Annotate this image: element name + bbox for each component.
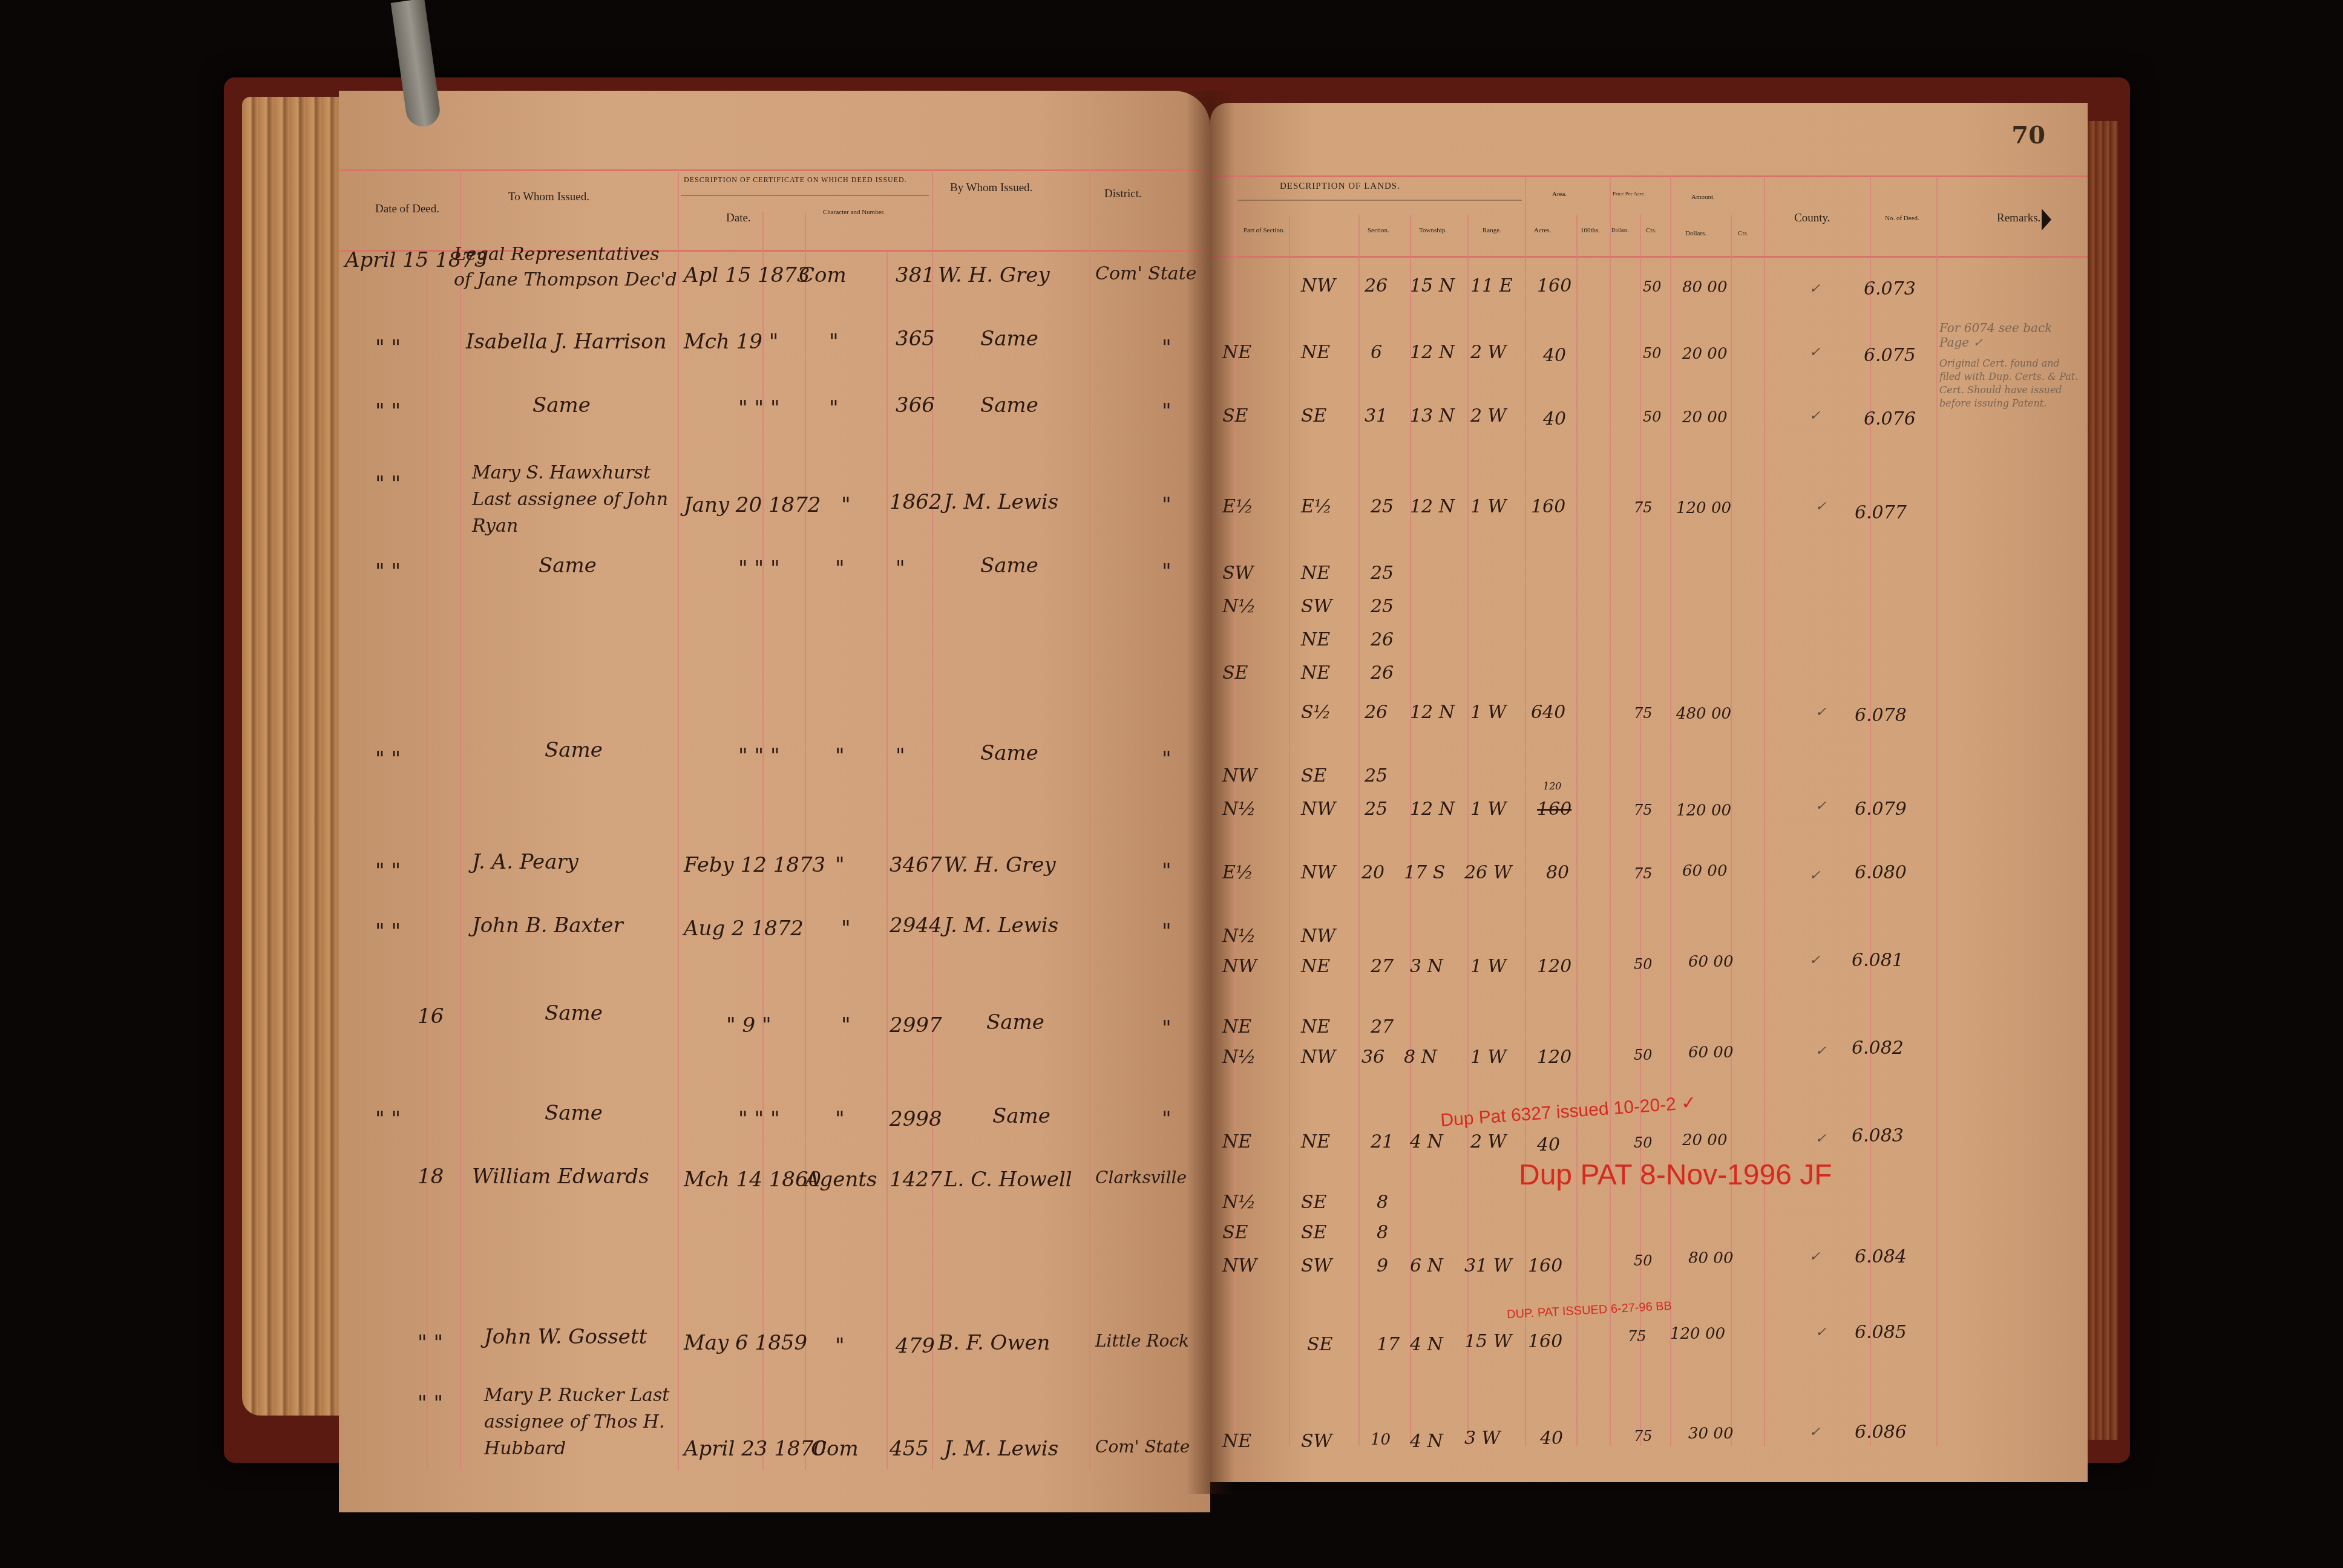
header-character-number: Character and Number. bbox=[823, 209, 885, 216]
cell-to-whom: J. A. Peary bbox=[472, 850, 578, 874]
cell-range: 1 W bbox=[1470, 702, 1506, 723]
cell-character: " bbox=[835, 853, 845, 877]
cell-price-cts: 75 bbox=[1634, 865, 1653, 882]
header-certificate-group: Description of Certificate on which Deed… bbox=[684, 175, 907, 185]
rule-line bbox=[678, 169, 679, 1470]
cell-section: 8 bbox=[1377, 1192, 1388, 1213]
cell-amount: 20 00 bbox=[1682, 345, 1727, 363]
county-check-icon: ✓ bbox=[1809, 953, 1820, 968]
cell-number: " bbox=[896, 557, 905, 581]
cell-price-cts: 50 bbox=[1643, 345, 1662, 362]
cell-quarter: NW bbox=[1301, 926, 1335, 947]
red-annotation-dup-pat: Dup PAT 8-Nov-1996 JF bbox=[1519, 1158, 1832, 1192]
cell-quarter: NE bbox=[1301, 1016, 1330, 1037]
rule-line bbox=[427, 251, 428, 1470]
cell-township: 4 N bbox=[1410, 1131, 1443, 1152]
cell-by-whom: J. M. Lewis bbox=[944, 490, 1058, 514]
cell-township: 12 N bbox=[1410, 702, 1455, 723]
cell-district: " bbox=[1162, 560, 1171, 584]
cell-quarter: SE bbox=[1307, 1334, 1332, 1355]
county-check-icon: ✓ bbox=[1815, 705, 1826, 720]
cell-section: 25 bbox=[1371, 563, 1394, 584]
cell-character: " bbox=[841, 1013, 851, 1037]
cell-range: 31 W bbox=[1464, 1255, 1512, 1276]
cell-amount: 20 00 bbox=[1682, 408, 1727, 426]
cell-to-whom: Isabella J. Harrison bbox=[466, 330, 667, 354]
cell-section: 26 bbox=[1371, 629, 1394, 650]
header-section: Section. bbox=[1368, 227, 1389, 234]
cell-cert-date: Mch 14 1860 bbox=[684, 1168, 821, 1192]
cell-deed-no: 6.077 bbox=[1855, 502, 1907, 523]
cell-amount: 120 00 bbox=[1670, 1325, 1725, 1343]
cell-amount: 30 00 bbox=[1688, 1425, 1733, 1443]
cell-section: 27 bbox=[1371, 956, 1394, 977]
cell-township: 3 N bbox=[1410, 956, 1443, 977]
cell-amount: 480 00 bbox=[1676, 705, 1731, 723]
cell-deed-no: 6.078 bbox=[1855, 705, 1907, 726]
cell-character: " bbox=[841, 916, 851, 941]
rule-line bbox=[932, 169, 933, 1470]
cell-deed-no: 6.086 bbox=[1855, 1422, 1907, 1443]
cell-number: 1862 bbox=[890, 490, 942, 514]
cell-quarter: NW bbox=[1301, 275, 1335, 296]
cell-township: 13 N bbox=[1410, 405, 1455, 426]
cell-number: 381 bbox=[896, 263, 935, 287]
cell-deed-no: 6.085 bbox=[1855, 1322, 1907, 1343]
cell-date-of-deed: " " bbox=[375, 747, 401, 771]
cell-range: 26 W bbox=[1464, 862, 1512, 883]
cell-cert-date: Aug 2 1872 bbox=[684, 916, 804, 941]
header-date-of-deed: Date of Deed. bbox=[375, 203, 439, 216]
cell-township: 12 N bbox=[1410, 496, 1455, 517]
cell-township: 8 N bbox=[1404, 1047, 1437, 1068]
rule-line bbox=[460, 169, 461, 1470]
cell-number: 366 bbox=[896, 393, 935, 417]
rule-line bbox=[1936, 175, 1938, 1446]
rule-line bbox=[1525, 175, 1526, 1446]
cell-quarter: NE bbox=[1301, 956, 1330, 977]
cell-number: 365 bbox=[896, 327, 935, 351]
cell-price-cts: 75 bbox=[1634, 499, 1653, 516]
header-price-per-acre: Price Per Acre. bbox=[1613, 191, 1645, 197]
cell-to-whom: John B. Baxter bbox=[472, 913, 623, 938]
cell-cert-date: " " " bbox=[738, 1107, 780, 1131]
county-check-icon: ✓ bbox=[1809, 868, 1820, 883]
cell-quarter: S½ bbox=[1301, 702, 1331, 723]
header-description-of-lands: DESCRIPTION OF LANDS. bbox=[1280, 181, 1400, 192]
cell-date-of-deed: " " bbox=[418, 1331, 443, 1355]
cell-amount: 80 00 bbox=[1688, 1249, 1733, 1267]
cell-date-of-deed: " " bbox=[375, 859, 401, 883]
cell-cert-date: Apl 15 1873 bbox=[684, 263, 810, 287]
cell-district: " bbox=[1162, 493, 1171, 517]
cell-price-cts: 50 bbox=[1634, 1047, 1653, 1063]
cell-character: " bbox=[829, 396, 839, 420]
cell-date-of-deed: " " bbox=[375, 399, 401, 423]
cell-acres-correction: 120 bbox=[1543, 780, 1562, 792]
cell-section: 25 bbox=[1365, 799, 1388, 820]
cell-to-whom: Same bbox=[545, 1001, 603, 1025]
cell-acres: 40 bbox=[1537, 1134, 1560, 1155]
cell-quarter: NW bbox=[1301, 862, 1335, 883]
rule-line bbox=[1610, 175, 1611, 1446]
cell-cert-date: Mch 19 " bbox=[684, 330, 778, 354]
cell-amount: 60 00 bbox=[1688, 953, 1733, 971]
cell-price-cts: 75 bbox=[1634, 1428, 1653, 1445]
cell-section: 25 bbox=[1371, 596, 1394, 617]
cell-section: 10 bbox=[1371, 1431, 1391, 1449]
left-page: Date of Deed. To Whom Issued. Descriptio… bbox=[339, 91, 1210, 1512]
cell-section: 25 bbox=[1371, 496, 1394, 517]
cell-quarter: SE bbox=[1301, 405, 1326, 426]
cell-character: " bbox=[829, 330, 839, 354]
cell-range: 11 E bbox=[1470, 275, 1513, 296]
cell-price-cts: 50 bbox=[1643, 408, 1662, 425]
cell-township: 17 S bbox=[1404, 862, 1445, 883]
cell-township: 6 N bbox=[1410, 1255, 1443, 1276]
cell-district: Com' State bbox=[1095, 263, 1197, 284]
cell-acres: 160 bbox=[1531, 496, 1565, 517]
county-check-icon: ✓ bbox=[1815, 1325, 1826, 1340]
cell-amount: 80 00 bbox=[1682, 278, 1727, 296]
cell-number: 455 bbox=[890, 1437, 929, 1461]
cell-by-whom: W. H. Grey bbox=[938, 263, 1050, 287]
cell-quarter: NE bbox=[1301, 1131, 1330, 1152]
cell-number: 2997 bbox=[890, 1013, 942, 1037]
cell-quarter: NE bbox=[1301, 662, 1330, 684]
cell-number: 3467 bbox=[890, 853, 942, 877]
cell-range: 2 W bbox=[1470, 1131, 1506, 1152]
cell-deed-no: 6.075 bbox=[1864, 345, 1916, 366]
header-district: District. bbox=[1104, 188, 1142, 201]
cell-price-cts: 50 bbox=[1643, 278, 1662, 295]
cell-date-of-deed: " " bbox=[375, 336, 401, 360]
cell-section: 20 bbox=[1362, 862, 1384, 883]
cell-deed-no: 6.073 bbox=[1864, 278, 1916, 299]
cell-acres: 160 bbox=[1537, 799, 1571, 820]
cell-deed-no: 6.083 bbox=[1852, 1125, 1904, 1146]
county-check-icon: ✓ bbox=[1815, 1044, 1826, 1059]
cell-character: Agents bbox=[805, 1168, 877, 1192]
cell-date-of-deed: 18 bbox=[418, 1165, 444, 1189]
cell-to-whom: Same bbox=[539, 554, 597, 578]
cell-range: 2 W bbox=[1470, 405, 1506, 426]
header-amt-cts: Cts. bbox=[1738, 230, 1748, 237]
cell-to-whom: Mary S. Hawxhurst Last assignee of John … bbox=[472, 460, 678, 540]
cell-cert-date: " " " bbox=[738, 396, 780, 420]
cell-number: 479 bbox=[896, 1334, 935, 1358]
cell-section: 31 bbox=[1365, 405, 1388, 426]
rule-line bbox=[1358, 215, 1360, 1446]
county-check-icon: ✓ bbox=[1809, 1425, 1820, 1440]
cell-range: 3 W bbox=[1464, 1428, 1500, 1449]
cell-quarter: SW bbox=[1301, 1431, 1332, 1452]
cell-district: " bbox=[1162, 336, 1171, 360]
cell-character: " bbox=[841, 493, 851, 517]
cell-quarter: SE bbox=[1301, 765, 1326, 786]
header-cert-date: Date. bbox=[726, 212, 751, 225]
remarks-pencil-note: Original Cert. found and filed with Dup.… bbox=[1939, 357, 2079, 410]
county-check-icon: ✓ bbox=[1809, 281, 1820, 296]
cell-range: 1 W bbox=[1470, 496, 1506, 517]
cell-number: " bbox=[896, 744, 905, 768]
cell-character: Com bbox=[811, 1437, 859, 1461]
cell-by-whom: L. C. Howell bbox=[944, 1168, 1072, 1192]
cell-section: 26 bbox=[1371, 662, 1394, 684]
cell-quarter: SW bbox=[1301, 596, 1332, 617]
cell-cert-date: Feby 12 1873 bbox=[684, 853, 825, 877]
index-tab-marker bbox=[2042, 209, 2051, 230]
cell-date-of-deed: " " bbox=[418, 1391, 443, 1416]
cell-district: Clarksville bbox=[1095, 1168, 1187, 1187]
cell-cert-date: Jany 20 1872 bbox=[684, 493, 821, 517]
cell-section: 17 bbox=[1377, 1334, 1400, 1355]
header-by-whom-issued: By Whom Issued. bbox=[950, 181, 1032, 195]
cell-amount: 120 00 bbox=[1676, 499, 1731, 517]
cell-amount: 60 00 bbox=[1688, 1044, 1733, 1062]
cell-quarter: SW bbox=[1301, 1255, 1332, 1276]
cell-quarter: NE bbox=[1301, 342, 1330, 363]
rule-line bbox=[1576, 215, 1578, 1446]
page-number: 70 bbox=[2011, 121, 2045, 149]
cell-acres: 80 bbox=[1546, 862, 1569, 883]
cell-date-of-deed: 16 bbox=[418, 1004, 444, 1028]
cell-by-whom: Same bbox=[980, 327, 1038, 351]
cell-district: " bbox=[1162, 859, 1171, 883]
cell-by-whom: B. F. Owen bbox=[938, 1331, 1050, 1355]
cell-section: 21 bbox=[1371, 1131, 1394, 1152]
county-check-icon: ✓ bbox=[1815, 799, 1826, 814]
rule-line bbox=[886, 251, 888, 1470]
book-gutter bbox=[1186, 91, 1234, 1494]
cell-by-whom: Same bbox=[980, 741, 1038, 765]
cell-cert-date: " " " bbox=[738, 557, 780, 581]
cell-district: " bbox=[1162, 920, 1171, 944]
cell-price-cts: 50 bbox=[1634, 956, 1653, 973]
cell-by-whom: Same bbox=[986, 1010, 1044, 1034]
cell-amount: 60 00 bbox=[1682, 862, 1727, 880]
cell-by-whom: Same bbox=[992, 1104, 1050, 1128]
rule-line bbox=[805, 212, 806, 1470]
cell-date-of-deed: " " bbox=[375, 560, 401, 584]
cell-to-whom: John W. Gossett bbox=[484, 1325, 647, 1349]
cell-price-cts: 75 bbox=[1634, 802, 1653, 818]
cell-quarter: SE bbox=[1301, 1192, 1326, 1213]
rule-line bbox=[1764, 175, 1765, 1446]
cell-quarter: SE bbox=[1301, 1222, 1326, 1243]
cell-number: 2944 bbox=[890, 913, 942, 938]
cell-township: 12 N bbox=[1410, 342, 1455, 363]
cell-number: 2998 bbox=[890, 1107, 942, 1131]
cell-section: 9 bbox=[1377, 1255, 1388, 1276]
cell-by-whom: J. M. Lewis bbox=[944, 1437, 1058, 1461]
cell-price-cts: 50 bbox=[1634, 1134, 1653, 1151]
cell-character: Com bbox=[799, 263, 847, 287]
cell-township: 12 N bbox=[1410, 799, 1455, 820]
cell-to-whom: William Edwards bbox=[472, 1165, 649, 1189]
cell-date-of-deed: " " bbox=[375, 1107, 401, 1131]
cell-to-whom: Mary P. Rucker Last assignee of Thos H. … bbox=[484, 1382, 678, 1462]
cell-district: " bbox=[1162, 747, 1171, 771]
rule-line bbox=[1089, 169, 1090, 1470]
header-area: Area. bbox=[1552, 191, 1567, 198]
cell-section: 26 bbox=[1365, 702, 1388, 723]
cell-price-cts: 50 bbox=[1634, 1252, 1653, 1269]
cell-to-whom: Same bbox=[532, 393, 591, 417]
cell-section: 6 bbox=[1371, 342, 1382, 363]
cell-quarter: NW bbox=[1301, 1047, 1335, 1068]
rule-line bbox=[1289, 215, 1290, 1446]
cell-cert-date: " 9 " bbox=[726, 1013, 772, 1037]
county-check-icon: ✓ bbox=[1809, 1249, 1820, 1264]
header-county: County. bbox=[1794, 212, 1830, 225]
cell-date-of-deed: " " bbox=[375, 920, 401, 944]
county-check-icon: ✓ bbox=[1815, 1131, 1826, 1146]
header-amt-dollars: Dollars. bbox=[1685, 230, 1706, 237]
header-sub-rule bbox=[681, 195, 929, 196]
cell-acres: 160 bbox=[1528, 1255, 1562, 1276]
cell-cert-date: " " " bbox=[738, 744, 780, 768]
cell-range: 15 W bbox=[1464, 1331, 1512, 1352]
cell-character: " bbox=[835, 1334, 845, 1358]
header-sub-rule bbox=[1237, 200, 1522, 201]
cell-acres: 120 bbox=[1537, 956, 1571, 977]
cell-section: 25 bbox=[1365, 765, 1388, 786]
header-hundredths: 100ths. bbox=[1581, 227, 1600, 234]
cell-cert-date: April 23 1870 bbox=[684, 1437, 827, 1461]
cell-acres: 160 bbox=[1528, 1331, 1562, 1352]
header-amount: Amount. bbox=[1691, 194, 1715, 201]
header-ppa-dollars: Dollars. bbox=[1611, 227, 1629, 233]
cell-quarter: NE bbox=[1301, 563, 1330, 584]
header-to-whom-issued: To Whom Issued. bbox=[508, 191, 589, 204]
rule-line bbox=[1670, 175, 1671, 1446]
red-annotation-dup-pat: Dup Pat 6327 issued 10-20-2 ✓ bbox=[1440, 1092, 1697, 1131]
header-township: Township. bbox=[1419, 227, 1447, 234]
header-no-of-deed: No. of Deed. bbox=[1885, 215, 1919, 222]
cell-acres: 40 bbox=[1543, 408, 1566, 430]
cell-range: 2 W bbox=[1470, 342, 1506, 363]
cell-by-whom: Same bbox=[980, 393, 1038, 417]
cell-cert-date: May 6 1859 bbox=[684, 1331, 807, 1355]
cell-acres: 160 bbox=[1537, 275, 1571, 296]
cell-amount: 120 00 bbox=[1676, 802, 1731, 820]
cell-quarter: NE bbox=[1301, 629, 1330, 650]
header-acres: Acres. bbox=[1534, 227, 1551, 234]
cell-section: 36 bbox=[1362, 1047, 1384, 1068]
page-stack-left bbox=[242, 97, 345, 1416]
header-remarks: Remarks. bbox=[1997, 212, 2040, 225]
cell-acres: 120 bbox=[1537, 1047, 1571, 1068]
remarks-pencil-note: For 6074 see back Page ✓ bbox=[1939, 321, 2079, 350]
cell-district: " bbox=[1162, 1016, 1171, 1040]
county-check-icon: ✓ bbox=[1809, 345, 1820, 360]
cell-to-whom: Same bbox=[545, 738, 603, 762]
cell-range: 1 W bbox=[1470, 799, 1506, 820]
cell-township: 4 N bbox=[1410, 1334, 1443, 1355]
header-range: Range. bbox=[1483, 227, 1501, 234]
cell-deed-no: 6.076 bbox=[1864, 408, 1916, 430]
cell-character: " bbox=[835, 1107, 845, 1131]
cell-district: " bbox=[1162, 399, 1171, 423]
cell-quarter: NW bbox=[1301, 799, 1335, 820]
cell-by-whom: W. H. Grey bbox=[944, 853, 1056, 877]
right-page: 70 DESCRIPTION OF LANDS. Part of Section… bbox=[1210, 103, 2088, 1482]
cell-acres: 640 bbox=[1531, 702, 1565, 723]
county-check-icon: ✓ bbox=[1815, 499, 1826, 514]
cell-date-of-deed: " " bbox=[375, 472, 401, 496]
county-check-icon: ✓ bbox=[1809, 408, 1820, 423]
header-ppa-cts: Cts. bbox=[1646, 227, 1656, 234]
cell-to-whom: Same bbox=[545, 1101, 603, 1125]
cell-range: 1 W bbox=[1470, 956, 1506, 977]
cell-character: " bbox=[835, 744, 845, 768]
cell-price-cts: 75 bbox=[1634, 705, 1653, 722]
cell-township: 4 N bbox=[1410, 1431, 1443, 1452]
cell-deed-no: 6.081 bbox=[1852, 950, 1904, 971]
cell-section: 26 bbox=[1365, 275, 1388, 296]
cell-district: Com' State bbox=[1095, 1437, 1190, 1457]
cell-amount: 20 00 bbox=[1682, 1131, 1727, 1149]
cell-by-whom: Same bbox=[980, 554, 1038, 578]
cell-deed-no: 6.080 bbox=[1855, 862, 1907, 883]
cell-township: 15 N bbox=[1410, 275, 1455, 296]
rule-line bbox=[363, 169, 364, 1470]
cell-range: 1 W bbox=[1470, 1047, 1506, 1068]
cell-quarter: E½ bbox=[1301, 496, 1332, 517]
cell-deed-no: 6.079 bbox=[1855, 799, 1907, 820]
cell-by-whom: J. M. Lewis bbox=[944, 913, 1058, 938]
cell-district: Little Rock bbox=[1095, 1331, 1189, 1351]
cell-number: 1427 bbox=[890, 1168, 942, 1192]
cell-acres: 40 bbox=[1540, 1428, 1563, 1449]
cell-acres: 40 bbox=[1543, 345, 1566, 366]
header-part-of-section: Part of Section. bbox=[1244, 227, 1285, 234]
cell-deed-no: 6.084 bbox=[1855, 1246, 1907, 1267]
cell-deed-no: 6.082 bbox=[1852, 1037, 1904, 1059]
cell-section: 8 bbox=[1377, 1222, 1388, 1243]
cell-character: " bbox=[835, 557, 845, 581]
red-annotation-dup-pat: DUP. PAT ISSUED 6-27-96 BB bbox=[1507, 1299, 1673, 1322]
cell-price-cts: 75 bbox=[1628, 1328, 1647, 1345]
cell-section: 27 bbox=[1371, 1016, 1394, 1037]
cell-to-whom: Legal Representatives of Jane Thompson D… bbox=[454, 242, 678, 293]
cell-district: " bbox=[1162, 1107, 1171, 1131]
